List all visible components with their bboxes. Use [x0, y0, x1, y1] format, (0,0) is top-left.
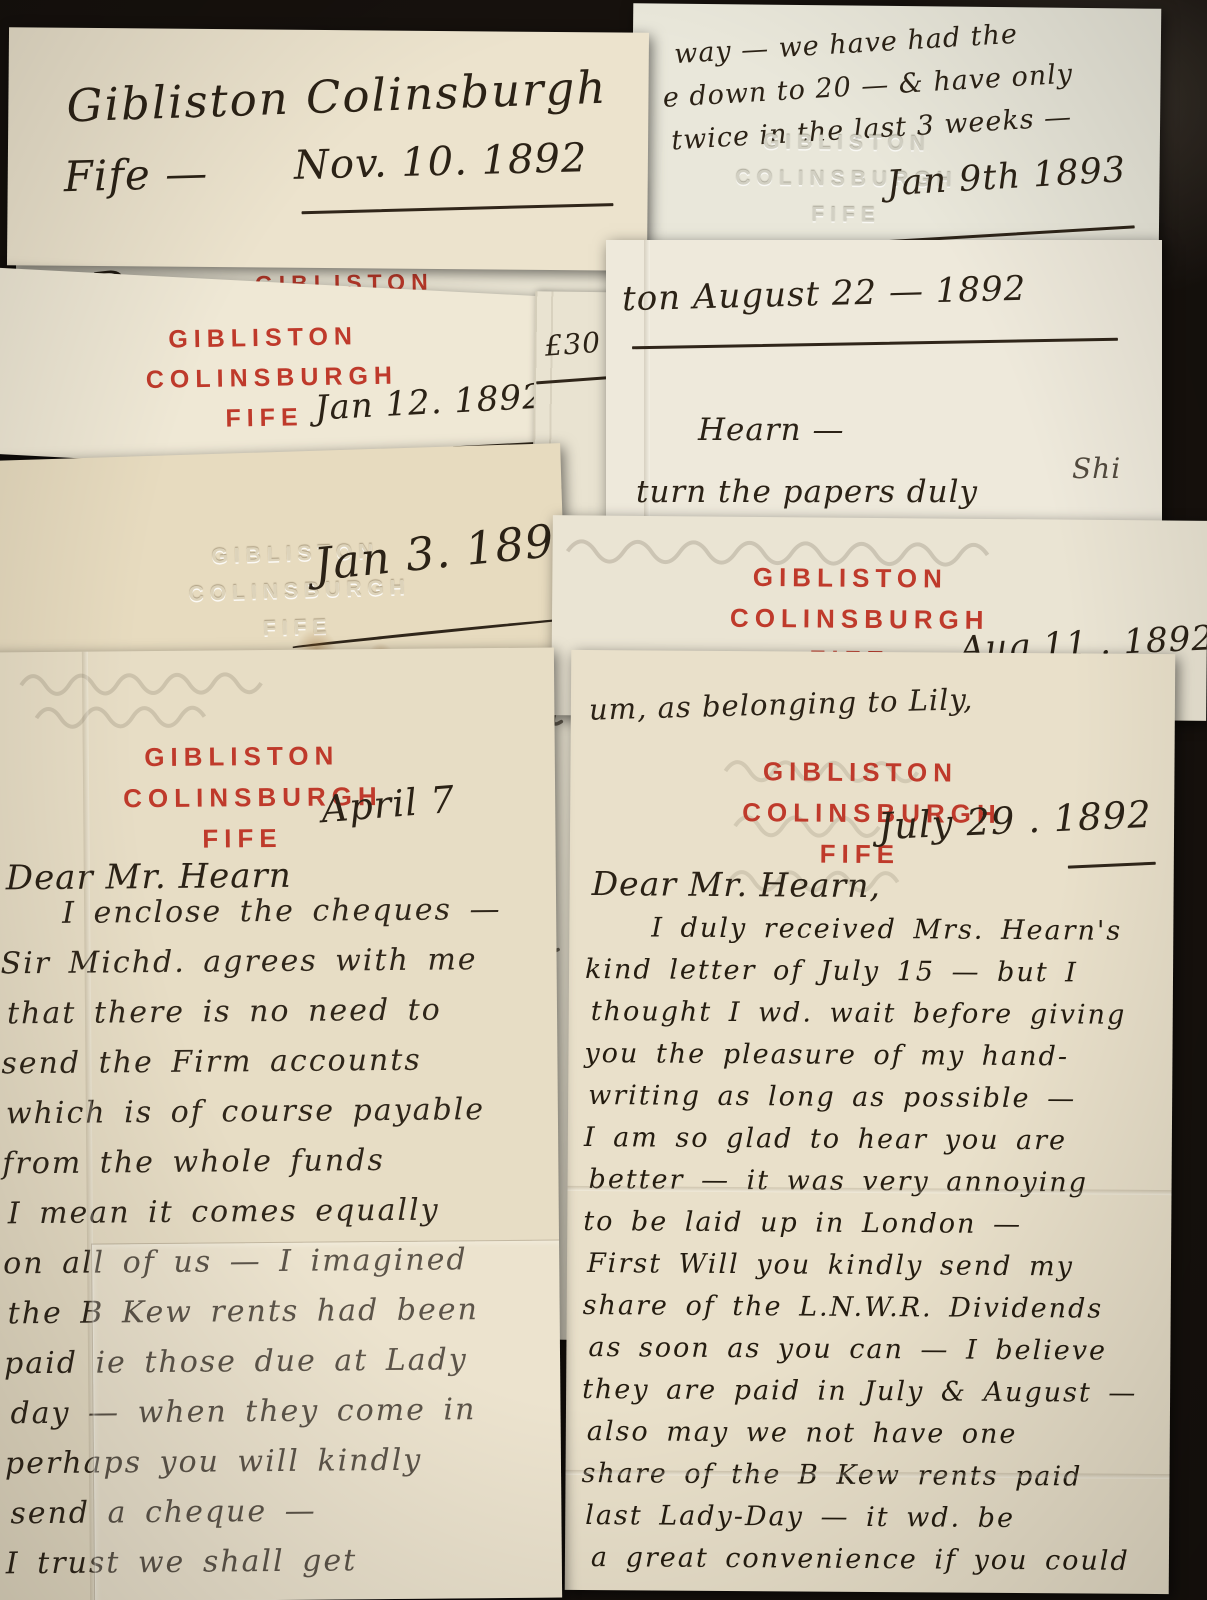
letter-nov-10-1892: Gibliston Colinsburgh Fife — Nov. 10. 18… — [7, 27, 649, 271]
body-line: I am so glad to hear you are — [584, 1122, 1140, 1168]
body-line: send the Firm accounts — [1, 1042, 503, 1096]
letterhead-line: GIBLISTON — [123, 735, 361, 778]
body-line: First Will you kindly send my — [587, 1248, 1139, 1294]
body-line: you the pleasure of my hand- — [584, 1038, 1140, 1084]
body-line: share of the L.N.W.R. Dividends — [583, 1290, 1139, 1336]
body-line: to be laid up in London — — [583, 1206, 1139, 1252]
body-line: kind letter of July 15 — but I — [585, 954, 1141, 1000]
body-line: that there is no need to — [7, 992, 503, 1046]
edge-fragment: Shi — [1072, 452, 1121, 485]
body-line: thought I wd. wait before giving — [591, 996, 1141, 1042]
handwritten-place-line: Fife — — [63, 148, 209, 201]
handwritten-amount: £30 — [543, 326, 602, 363]
letterhead-line: GIBLISTON — [145, 316, 382, 360]
handwritten-date: Nov. 10. 1892 — [293, 135, 588, 189]
heading-underline — [632, 338, 1118, 349]
body-line: perhaps you will kindly — [5, 1442, 507, 1496]
body-line: I duly received Mrs. Hearn's — [585, 912, 1141, 958]
letter-jan-9-1893: way — we have had the e down to 20 — & h… — [631, 3, 1162, 257]
body-line: Sir Michd. agrees with me — [0, 942, 502, 996]
body-line: as soon as you can — I believe — [588, 1332, 1138, 1378]
date-underline — [301, 203, 613, 214]
date-underline — [1068, 862, 1156, 868]
handwritten-date: April 7 — [320, 778, 457, 831]
handwritten-line: turn the papers duly — [636, 474, 978, 510]
body-line: also may we not have one — [587, 1416, 1138, 1462]
handwritten-salutation: Hearn — — [698, 412, 845, 448]
handwritten-salutation: Dear Mr. Hearn — [6, 856, 292, 898]
letter-apr-7: GIBLISTON COLINSBURGH FIFE April 7 Dear … — [0, 648, 562, 1600]
letter-aug-22-1892: ton August 22 — 1892 Hearn — turn the pa… — [606, 240, 1162, 540]
letterhead-line: GIBLISTON — [742, 751, 978, 794]
body-line: which is of course payable — [6, 1092, 504, 1146]
letterhead-line: GIBLISTON — [730, 557, 970, 600]
body-line: I enclose the cheques — — [0, 892, 502, 946]
body-line: paid ie those due at Lady — [4, 1342, 506, 1396]
letter-body: I duly received Mrs. Hearn's kind letter… — [581, 912, 1141, 1588]
handwritten-place-line: Gibliston Colinsburgh — [66, 61, 608, 133]
body-line: the B Kew rents had been — [7, 1292, 505, 1346]
showthrough-writing — [16, 656, 517, 730]
photo-of-letters: way — we have had the e down to 20 — & h… — [0, 0, 1207, 1600]
letter-body: I enclose the cheques — Sir Michd. agree… — [0, 892, 507, 1596]
body-line: on all of us — I imagined — [3, 1242, 505, 1296]
body-line: day — when they come in — [10, 1392, 506, 1446]
body-line: I trust we shall get — [6, 1542, 508, 1596]
overflow-line: um, as belonging to Lily, — [589, 682, 974, 727]
handwritten-heading: ton August 22 — 1892 — [622, 269, 1027, 320]
body-line: from the whole funds — [2, 1142, 504, 1196]
letter-jul-29-1892: um, as belonging to Lily, GIBLISTON COLI… — [565, 650, 1176, 1594]
body-line: last Lady-Day — it wd. be — [585, 1500, 1137, 1546]
body-line: a great convenience if you could — [591, 1542, 1137, 1588]
body-line: better — it was very annoying — [588, 1164, 1139, 1210]
letterhead-line: GIBLISTON — [727, 124, 967, 163]
body-line: I mean it comes equally — [8, 1192, 505, 1246]
body-line: they are paid in July & August — — [582, 1374, 1138, 1420]
body-line: send a cheque — — [10, 1492, 507, 1546]
body-line: writing as long as possible — — [588, 1080, 1140, 1126]
letterhead-line: FIFE — [726, 196, 966, 235]
letterhead-line: COLINSBURGH — [730, 598, 970, 641]
body-line: share of the B Kew rents paid — [581, 1458, 1137, 1504]
handwritten-date: Jan 3. 1893 — [311, 511, 567, 591]
handwritten-salutation: Dear Mr. Hearn, — [592, 864, 882, 905]
